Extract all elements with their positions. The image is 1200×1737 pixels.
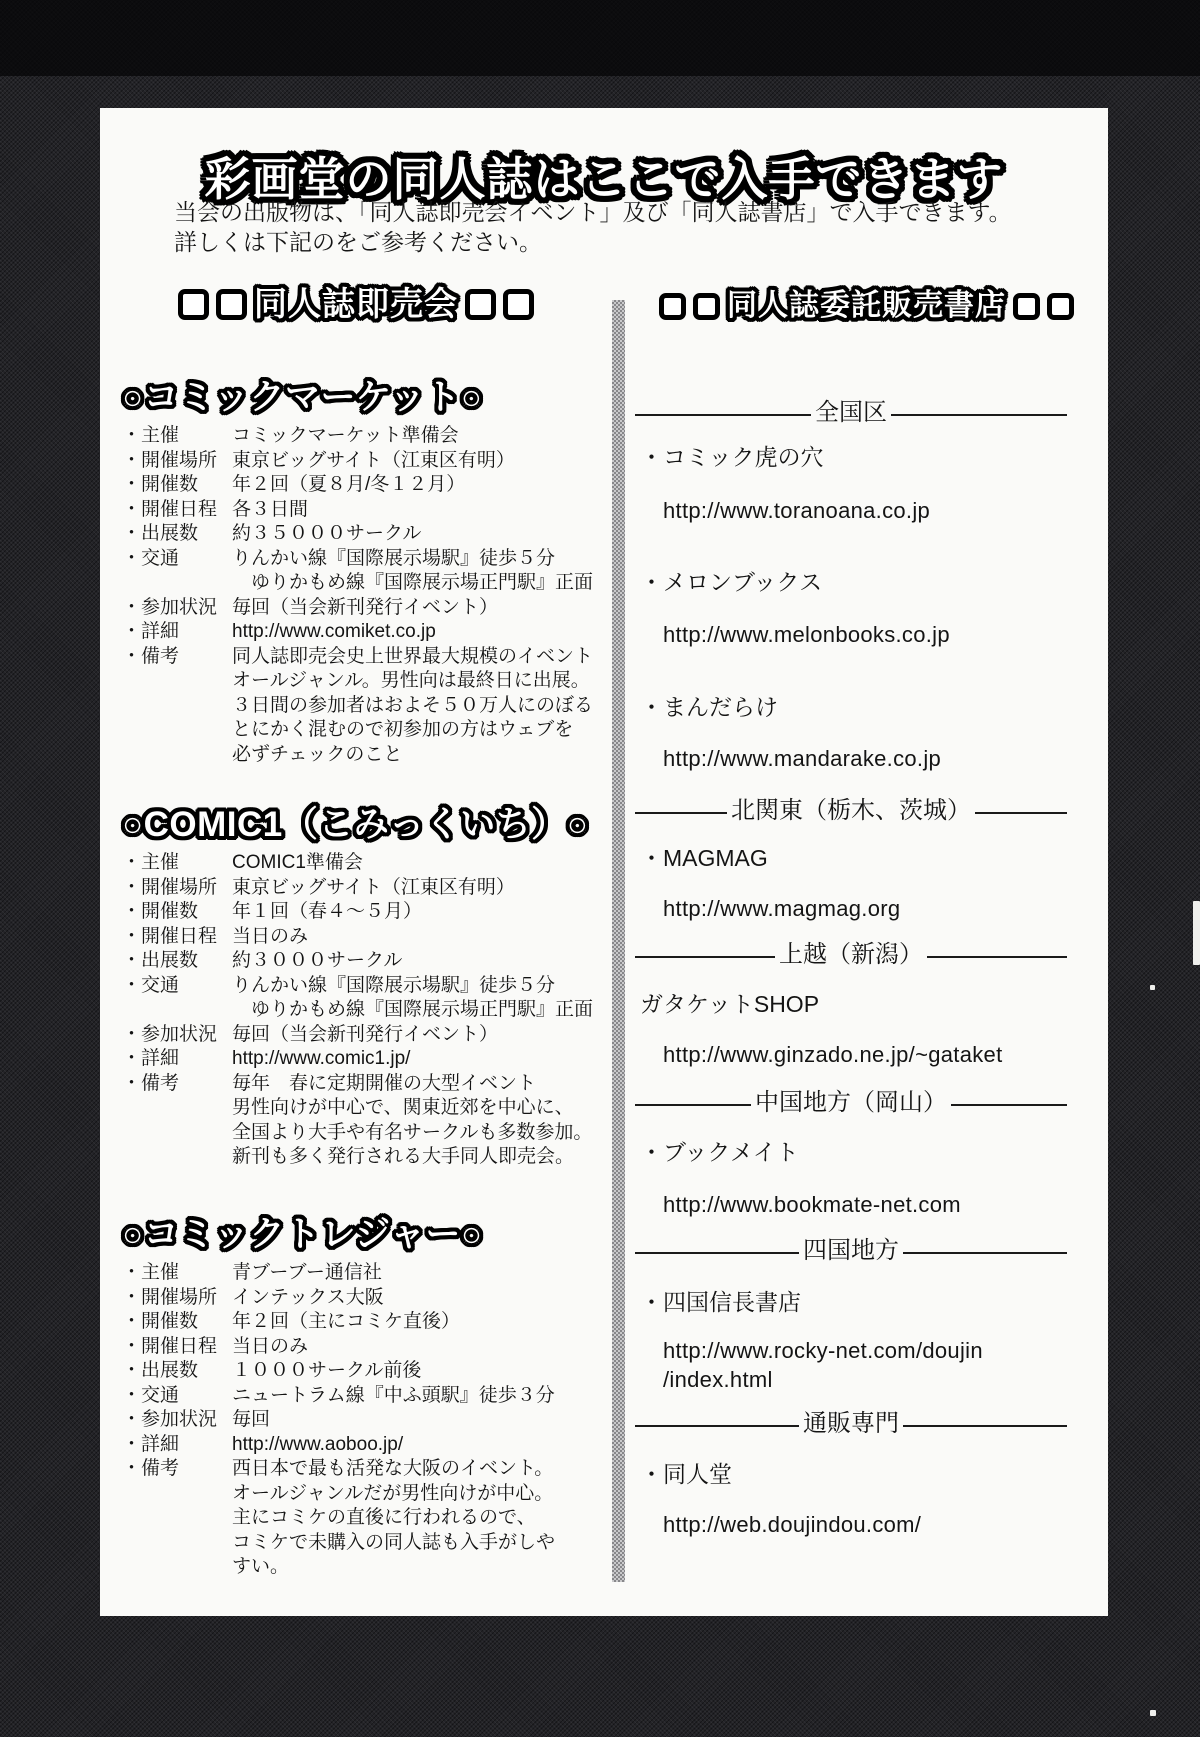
event-row-value: インテックス大阪: [232, 1286, 612, 1311]
event-row: ・詳細http://www.comic1.jp/: [122, 1047, 612, 1072]
event-row-label: ・出展数: [122, 1359, 232, 1384]
divider-line: [975, 812, 1067, 814]
event-row-label: ・詳細: [122, 1047, 232, 1072]
event-row: ・出展数約３５０００サークル: [122, 522, 612, 547]
event-row: ・開催日程各３日間: [122, 498, 612, 523]
events-column: 同人誌即売会 ○コミックマーケット○ ・主催コミックマーケット準備会 ・開催場所…: [100, 108, 612, 1616]
square-icon: [216, 289, 247, 320]
event-row: ・開催数年２回（主にコミケ直後）: [122, 1310, 612, 1335]
event-row: ・開催日程当日のみ: [122, 1335, 612, 1360]
event-comic-market: ○コミックマーケット○ ・主催コミックマーケット準備会 ・開催場所東京ビッグサイ…: [122, 376, 612, 767]
event-row-value: 年１回（春４～５月）: [232, 900, 612, 925]
divider-line: [903, 1252, 1067, 1254]
event-row-label: ・開催場所: [122, 1286, 232, 1311]
event-row-label: ・主催: [122, 424, 232, 449]
region-divider: 上越（新潟）: [635, 942, 1067, 972]
event-row-label: ・開催日程: [122, 1335, 232, 1360]
event-row-value: COMIC1準備会: [232, 851, 612, 876]
shop-name: ・メロンブックス: [640, 568, 822, 596]
region-label: 全国区: [815, 398, 887, 428]
event-row: ・主催青ブーブー通信社: [122, 1261, 612, 1286]
event-row-label: ・開催日程: [122, 925, 232, 950]
divider-line: [635, 812, 727, 814]
event-row-label: ・詳細: [122, 620, 232, 645]
event-row-value: ニュートラム線『中ふ頭駅』徒歩３分: [232, 1384, 612, 1409]
divider-line: [903, 1425, 1067, 1427]
shop-url: http://www.magmag.org: [663, 894, 900, 923]
region-label: 北関東（栃木、茨城）: [731, 796, 971, 826]
event-row-value: 青ブーブー通信社: [232, 1261, 612, 1286]
white-info-page: 彩画堂の同人誌はここで入手できます 当会の出版物は、「同人誌即売会イベント」及び…: [100, 108, 1108, 1616]
event-row-value: 東京ビッグサイト（江東区有明）: [232, 449, 612, 474]
event-row-label: ・詳細: [122, 1433, 232, 1458]
divider-line: [635, 1252, 799, 1254]
event-row-label: ・主催: [122, 851, 232, 876]
square-icon: [1013, 293, 1040, 320]
event-title: ○コミックマーケット○: [122, 376, 612, 420]
event-row-label: ・交通: [122, 974, 232, 999]
shop-url: http://www.ginzado.ne.jp/~gataket: [663, 1040, 1003, 1069]
event-row: ・開催日程当日のみ: [122, 925, 612, 950]
shops-column-header: 同人誌委託販売書店: [625, 286, 1108, 326]
square-icon: [1047, 293, 1074, 320]
shop-url: http://www.toranoana.co.jp: [663, 496, 930, 525]
region-divider: 北関東（栃木、茨城）: [635, 798, 1067, 828]
shop-url: http://web.doujindou.com/: [663, 1510, 921, 1539]
divider-line: [635, 1104, 751, 1106]
square-icon: [178, 289, 209, 320]
event-row-value: １０００サークル前後: [232, 1359, 612, 1384]
event-row-label: ・開催数: [122, 473, 232, 498]
event-row-label: ・開催場所: [122, 449, 232, 474]
event-row-value: 約３０００サークル: [232, 949, 612, 974]
event-row-value: 毎回: [232, 1408, 612, 1433]
scan-speck: [1150, 1710, 1156, 1716]
events-column-header-label: 同人誌即売会: [254, 284, 458, 324]
event-row: ・出展数約３０００サークル: [122, 949, 612, 974]
event-row: ・詳細http://www.comiket.co.jp: [122, 620, 612, 645]
event-row-label: ・備考: [122, 645, 232, 670]
shop-name: ・ブックメイト: [640, 1138, 799, 1166]
divider-line: [951, 1104, 1067, 1106]
shop-name: ・コミック虎の穴: [640, 443, 824, 471]
event-row-value: 年２回（主にコミケ直後）: [232, 1310, 612, 1335]
event-row-value: りんかい線『国際展示場駅』徒歩５分 ゆりかもめ線『国際展示場正門駅』正面: [232, 974, 612, 1023]
shop-url: http://www.mandarake.co.jp: [663, 744, 941, 773]
event-comic-treasure: ○コミックトレジャー○ ・主催青ブーブー通信社 ・開催場所インテックス大阪 ・開…: [122, 1213, 612, 1580]
divider-line: [635, 1425, 799, 1427]
cover-top-shadow-band: [0, 0, 1200, 76]
event-row-value: 約３５０００サークル: [232, 522, 612, 547]
event-row: ・出展数１０００サークル前後: [122, 1359, 612, 1384]
event-row-label: ・交通: [122, 547, 232, 572]
event-row: ・交通りんかい線『国際展示場駅』徒歩５分 ゆりかもめ線『国際展示場正門駅』正面: [122, 974, 612, 1023]
event-row-url: http://www.comic1.jp/: [232, 1047, 612, 1072]
divider-line: [635, 956, 775, 958]
event-row: ・主催コミックマーケット準備会: [122, 424, 612, 449]
event-row-value: 各３日間: [232, 498, 612, 523]
event-row-value: 西日本で最も活発な大阪のイベント。 オールジャンルだが男性向けが中心。 主にコミ…: [232, 1457, 612, 1580]
divider-line: [927, 956, 1067, 958]
event-row-label: ・参加状況: [122, 1408, 232, 1433]
event-row: ・備考毎年 春に定期開催の大型イベント 男性向けが中心で、関東近郊を中心に、 全…: [122, 1072, 612, 1170]
event-row-value: りんかい線『国際展示場駅』徒歩５分 ゆりかもめ線『国際展示場正門駅』正面: [232, 547, 612, 596]
divider-line: [635, 414, 811, 416]
scan-edge-mark: [1193, 901, 1200, 965]
event-row-url: http://www.comiket.co.jp: [232, 620, 612, 645]
event-row: ・開催数年１回（春４～５月）: [122, 900, 612, 925]
event-row-url: http://www.aoboo.jp/: [232, 1433, 612, 1458]
event-row: ・参加状況毎回: [122, 1408, 612, 1433]
event-row: ・詳細http://www.aoboo.jp/: [122, 1433, 612, 1458]
region-divider: 通販専門: [635, 1411, 1067, 1441]
shop-url: http://www.bookmate-net.com: [663, 1190, 961, 1219]
shop-name: ・MAGMAG: [640, 844, 768, 872]
event-row-label: ・開催日程: [122, 498, 232, 523]
shop-name: ガタケットSHOP: [640, 990, 819, 1018]
event-row: ・開催場所インテックス大阪: [122, 1286, 612, 1311]
event-row-label: ・開催場所: [122, 876, 232, 901]
shop-name: ・四国信長書店: [640, 1288, 801, 1316]
divider-line: [891, 414, 1067, 416]
shops-column: 同人誌委託販売書店 全国区 ・コミック虎の穴 http://www.torano…: [625, 108, 1108, 1616]
event-row-label: ・備考: [122, 1457, 232, 1482]
event-row-value: 東京ビッグサイト（江東区有明）: [232, 876, 612, 901]
event-row-label: ・交通: [122, 1384, 232, 1409]
event-row: ・参加状況毎回（当会新刊発行イベント）: [122, 1023, 612, 1048]
event-row-label: ・主催: [122, 1261, 232, 1286]
event-row-label: ・開催数: [122, 900, 232, 925]
shops-column-header-label: 同人誌委託販売書店: [727, 286, 1006, 326]
event-row-label: ・備考: [122, 1072, 232, 1097]
event-row-value: 当日のみ: [232, 925, 612, 950]
region-divider: 四国地方: [635, 1238, 1067, 1268]
event-row: ・備考西日本で最も活発な大阪のイベント。 オールジャンルだが男性向けが中心。 主…: [122, 1457, 612, 1580]
event-row-value: 年２回（夏８月/冬１２月）: [232, 473, 612, 498]
square-icon: [693, 293, 720, 320]
region-label: 四国地方: [803, 1236, 899, 1266]
event-row: ・開催場所東京ビッグサイト（江東区有明）: [122, 449, 612, 474]
square-icon: [465, 289, 496, 320]
event-row-value: 毎回（当会新刊発行イベント）: [232, 596, 612, 621]
shop-url: http://www.melonbooks.co.jp: [663, 620, 950, 649]
shop-name: ・まんだらけ: [640, 693, 778, 721]
scanned-doujinshi-info-page: { "title": "彩画堂の同人誌はここで入手できます", "intro":…: [0, 0, 1200, 1737]
event-row-value: 毎年 春に定期開催の大型イベント 男性向けが中心で、関東近郊を中心に、 全国より…: [232, 1072, 612, 1170]
column-divider: [612, 300, 625, 1582]
region-label: 上越（新潟）: [779, 940, 923, 970]
event-row: ・参加状況毎回（当会新刊発行イベント）: [122, 596, 612, 621]
event-row: ・開催数年２回（夏８月/冬１２月）: [122, 473, 612, 498]
event-row-label: ・参加状況: [122, 1023, 232, 1048]
event-row-value: 当日のみ: [232, 1335, 612, 1360]
square-icon: [503, 289, 534, 320]
shop-name: ・同人堂: [640, 1460, 732, 1488]
event-row-label: ・出展数: [122, 522, 232, 547]
event-title: ○COMIC1（こみっくいち）○: [122, 803, 612, 847]
region-divider: 全国区: [635, 400, 1067, 430]
event-title: ○コミックトレジャー○: [122, 1213, 612, 1257]
scan-speck: [1150, 985, 1155, 990]
events-column-header: 同人誌即売会: [100, 284, 612, 324]
event-row: ・開催場所東京ビッグサイト（江東区有明）: [122, 876, 612, 901]
event-row: ・備考同人誌即売会史上世界最大規模のイベント オールジャンル。男性向は最終日に出…: [122, 645, 612, 768]
region-divider: 中国地方（岡山）: [635, 1090, 1067, 1120]
event-row-label: ・開催数: [122, 1310, 232, 1335]
event-row: ・交通りんかい線『国際展示場駅』徒歩５分 ゆりかもめ線『国際展示場正門駅』正面: [122, 547, 612, 596]
event-comic1: ○COMIC1（こみっくいち）○ ・主催COMIC1準備会 ・開催場所東京ビッグ…: [122, 803, 612, 1170]
event-row-label: ・参加状況: [122, 596, 232, 621]
event-row-value: コミックマーケット準備会: [232, 424, 612, 449]
region-label: 中国地方（岡山）: [755, 1088, 947, 1118]
event-row-value: 毎回（当会新刊発行イベント）: [232, 1023, 612, 1048]
event-row: ・主催COMIC1準備会: [122, 851, 612, 876]
event-row: ・交通ニュートラム線『中ふ頭駅』徒歩３分: [122, 1384, 612, 1409]
event-row-value: 同人誌即売会史上世界最大規模のイベント オールジャンル。男性向は最終日に出展。 …: [232, 645, 612, 768]
shop-url: http://www.rocky-net.com/doujin /index.h…: [663, 1336, 983, 1394]
region-label: 通販専門: [803, 1409, 899, 1439]
event-row-label: ・出展数: [122, 949, 232, 974]
square-icon: [659, 293, 686, 320]
